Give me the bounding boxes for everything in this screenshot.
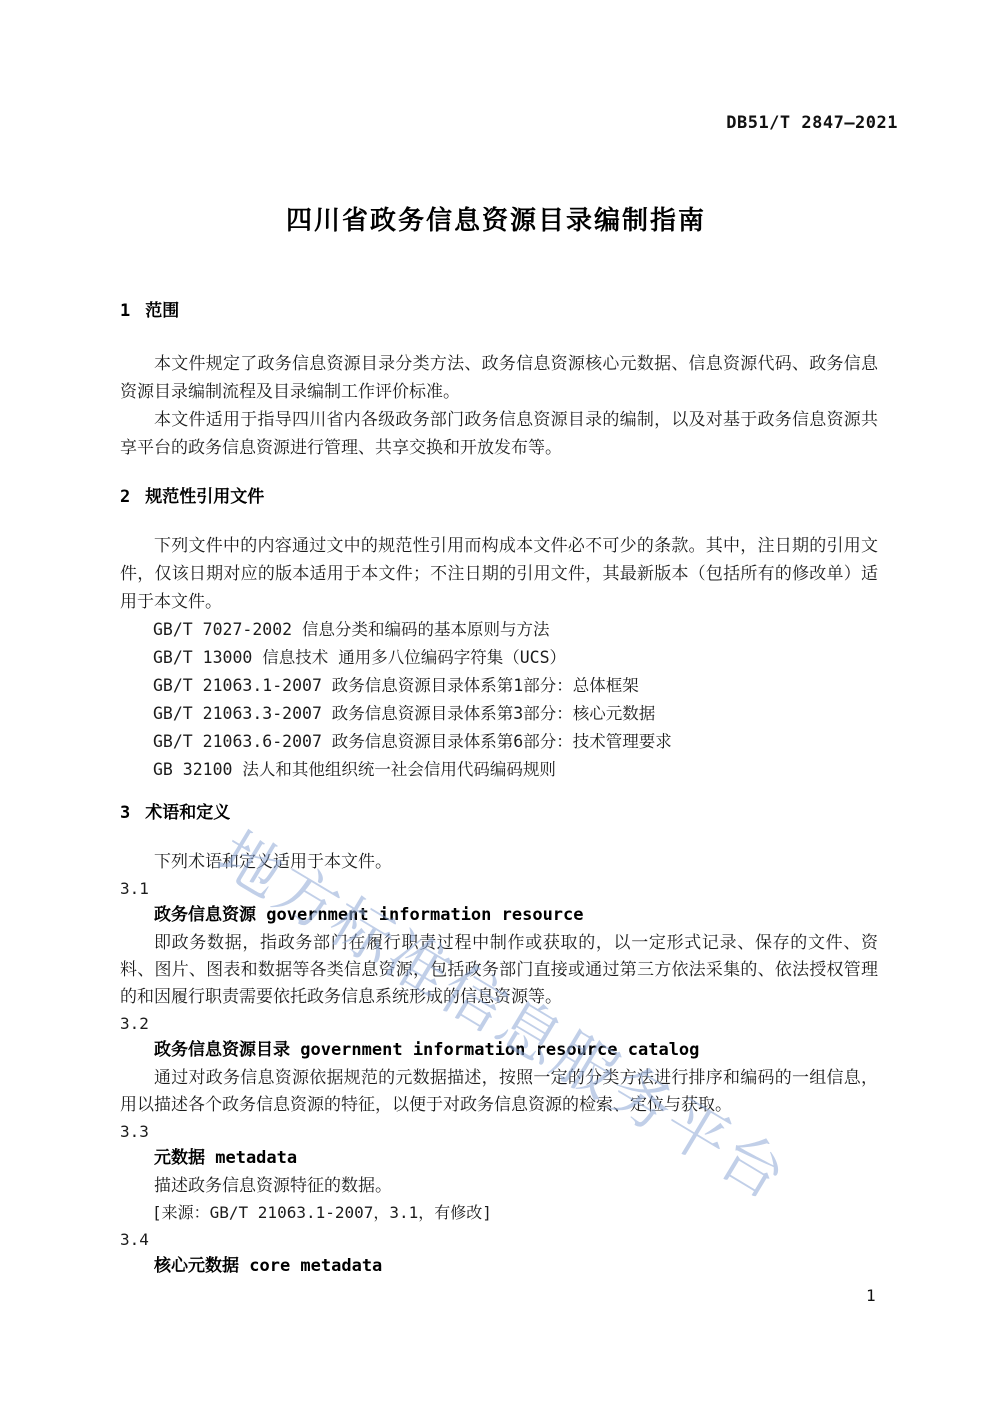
document-page: DB51/T 2847—2021 四川省政务信息资源目录编制指南 1范围 本文件… <box>0 0 992 1403</box>
section-2-number: 2 <box>120 487 130 507</box>
term-definition: 即政务数据，指政务部门在履行职责过程中制作或获取的，以一定形式记录、保存的文件、… <box>120 929 878 1010</box>
reference-item: GB/T 13000 信息技术 通用多八位编码字符集（UCS） <box>120 644 878 672</box>
term-definition: 描述政务信息资源特征的数据。 <box>120 1172 878 1199</box>
section-3-number: 3 <box>120 803 130 823</box>
term-definition: 通过对政务信息资源依据规范的元数据描述，按照一定的分类方法进行排序和编码的一组信… <box>120 1064 878 1118</box>
section-1-paragraph-2: 本文件适用于指导四川省内各级政务部门政务信息资源目录的编制，以及对基于政务信息资… <box>120 406 878 462</box>
normative-references-list: GB/T 7027-2002 信息分类和编码的基本原则与方法 GB/T 1300… <box>120 616 878 784</box>
reference-item: GB 32100 法人和其他组织统一社会信用代码编码规则 <box>120 756 878 784</box>
term-block-3-4: 3.4 核心元数据 core metadata <box>120 1226 878 1280</box>
term-name: 政务信息资源 government information resource <box>120 902 878 929</box>
term-id: 3.2 <box>120 1010 878 1037</box>
term-block-3-1: 3.1 政务信息资源 government information resour… <box>120 875 878 1010</box>
term-id: 3.3 <box>120 1118 878 1145</box>
section-1-number: 1 <box>120 301 130 321</box>
section-1-title: 范围 <box>145 301 179 320</box>
section-1-heading: 1范围 <box>120 300 878 322</box>
term-name: 元数据 metadata <box>120 1145 878 1172</box>
page-number: 1 <box>866 1286 876 1305</box>
page-title: 四川省政务信息资源目录编制指南 <box>0 200 992 237</box>
doc-code: DB51/T 2847—2021 <box>726 113 898 133</box>
term-source: [来源：GB/T 21063.1-2007，3.1，有修改] <box>120 1199 878 1226</box>
section-3-title: 术语和定义 <box>145 803 230 822</box>
section-1-paragraph-1: 本文件规定了政务信息资源目录分类方法、政务信息资源核心元数据、信息资源代码、政务… <box>120 350 878 406</box>
section-2-paragraph-1: 下列文件中的内容通过文中的规范性引用而构成本文件必不可少的条款。其中，注日期的引… <box>120 532 878 616</box>
reference-item: GB/T 21063.6-2007 政务信息资源目录体系第6部分：技术管理要求 <box>120 728 878 756</box>
section-2-title: 规范性引用文件 <box>145 487 264 506</box>
term-id: 3.1 <box>120 875 878 902</box>
section-2-heading: 2规范性引用文件 <box>120 486 878 508</box>
term-id: 3.4 <box>120 1226 878 1253</box>
document-body: 1范围 本文件规定了政务信息资源目录分类方法、政务信息资源核心元数据、信息资源代… <box>120 300 878 1280</box>
reference-item: GB/T 21063.3-2007 政务信息资源目录体系第3部分：核心元数据 <box>120 700 878 728</box>
term-name: 核心元数据 core metadata <box>120 1253 878 1280</box>
term-block-3-3: 3.3 元数据 metadata 描述政务信息资源特征的数据。 [来源：GB/T… <box>120 1118 878 1226</box>
section-3-intro: 下列术语和定义适用于本文件。 <box>120 848 878 875</box>
reference-item: GB/T 21063.1-2007 政务信息资源目录体系第1部分：总体框架 <box>120 672 878 700</box>
term-block-3-2: 3.2 政务信息资源目录 government information reso… <box>120 1010 878 1118</box>
term-name: 政务信息资源目录 government information resource… <box>120 1037 878 1064</box>
reference-item: GB/T 7027-2002 信息分类和编码的基本原则与方法 <box>120 616 878 644</box>
section-3-heading: 3术语和定义 <box>120 802 878 824</box>
